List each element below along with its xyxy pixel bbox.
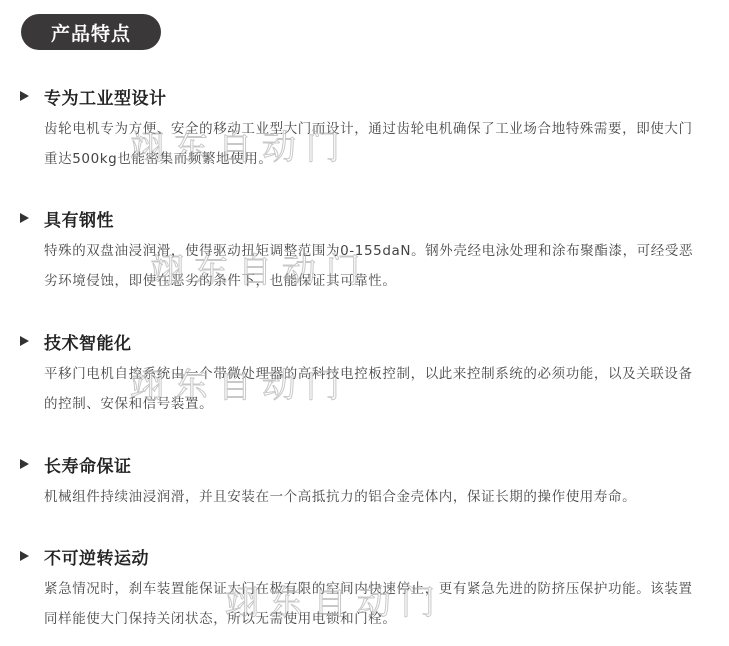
feature-title: 长寿命保证: [44, 452, 132, 477]
feature-title: 不可逆转运动: [44, 544, 149, 569]
feature-title-row: 具有钢性: [20, 206, 114, 230]
triangle-right-icon: [20, 459, 29, 469]
triangle-right-icon: [20, 213, 29, 223]
triangle-right-icon: [20, 91, 29, 101]
section-header-pill: 产品特点: [21, 14, 161, 50]
feature-description: 紧急情况时，刹车装置能保证大门在极有限的空间内快速停止，更有紧急先进的防挤压保护…: [44, 574, 694, 634]
feature-title-row: 技术智能化: [20, 329, 132, 353]
triangle-right-icon: [20, 551, 29, 561]
section-title: 产品特点: [51, 19, 131, 46]
feature-title-row: 不可逆转运动: [20, 544, 149, 568]
triangle-right-icon: [20, 336, 29, 346]
feature-description: 特殊的双盘油浸润滑，使得驱动扭矩调整范围为0-155daN。钢外壳经电泳处理和涂…: [44, 236, 694, 296]
feature-title: 技术智能化: [44, 329, 132, 354]
feature-title: 专为工业型设计: [44, 84, 167, 109]
feature-title-row: 长寿命保证: [20, 452, 132, 476]
feature-description: 齿轮电机专为方便、安全的移动工业型大门而设计，通过齿轮电机确保了工业场合地特殊需…: [44, 114, 694, 174]
feature-title-row: 专为工业型设计: [20, 84, 167, 108]
feature-description: 机械组件持续油浸润滑，并且安装在一个高抵抗力的铝合金壳体内，保证长期的操作使用寿…: [44, 482, 694, 512]
feature-title: 具有钢性: [44, 206, 114, 231]
feature-description: 平移门电机自控系统由一个带微处理器的高科技电控板控制，以此来控制系统的必须功能，…: [44, 359, 694, 419]
